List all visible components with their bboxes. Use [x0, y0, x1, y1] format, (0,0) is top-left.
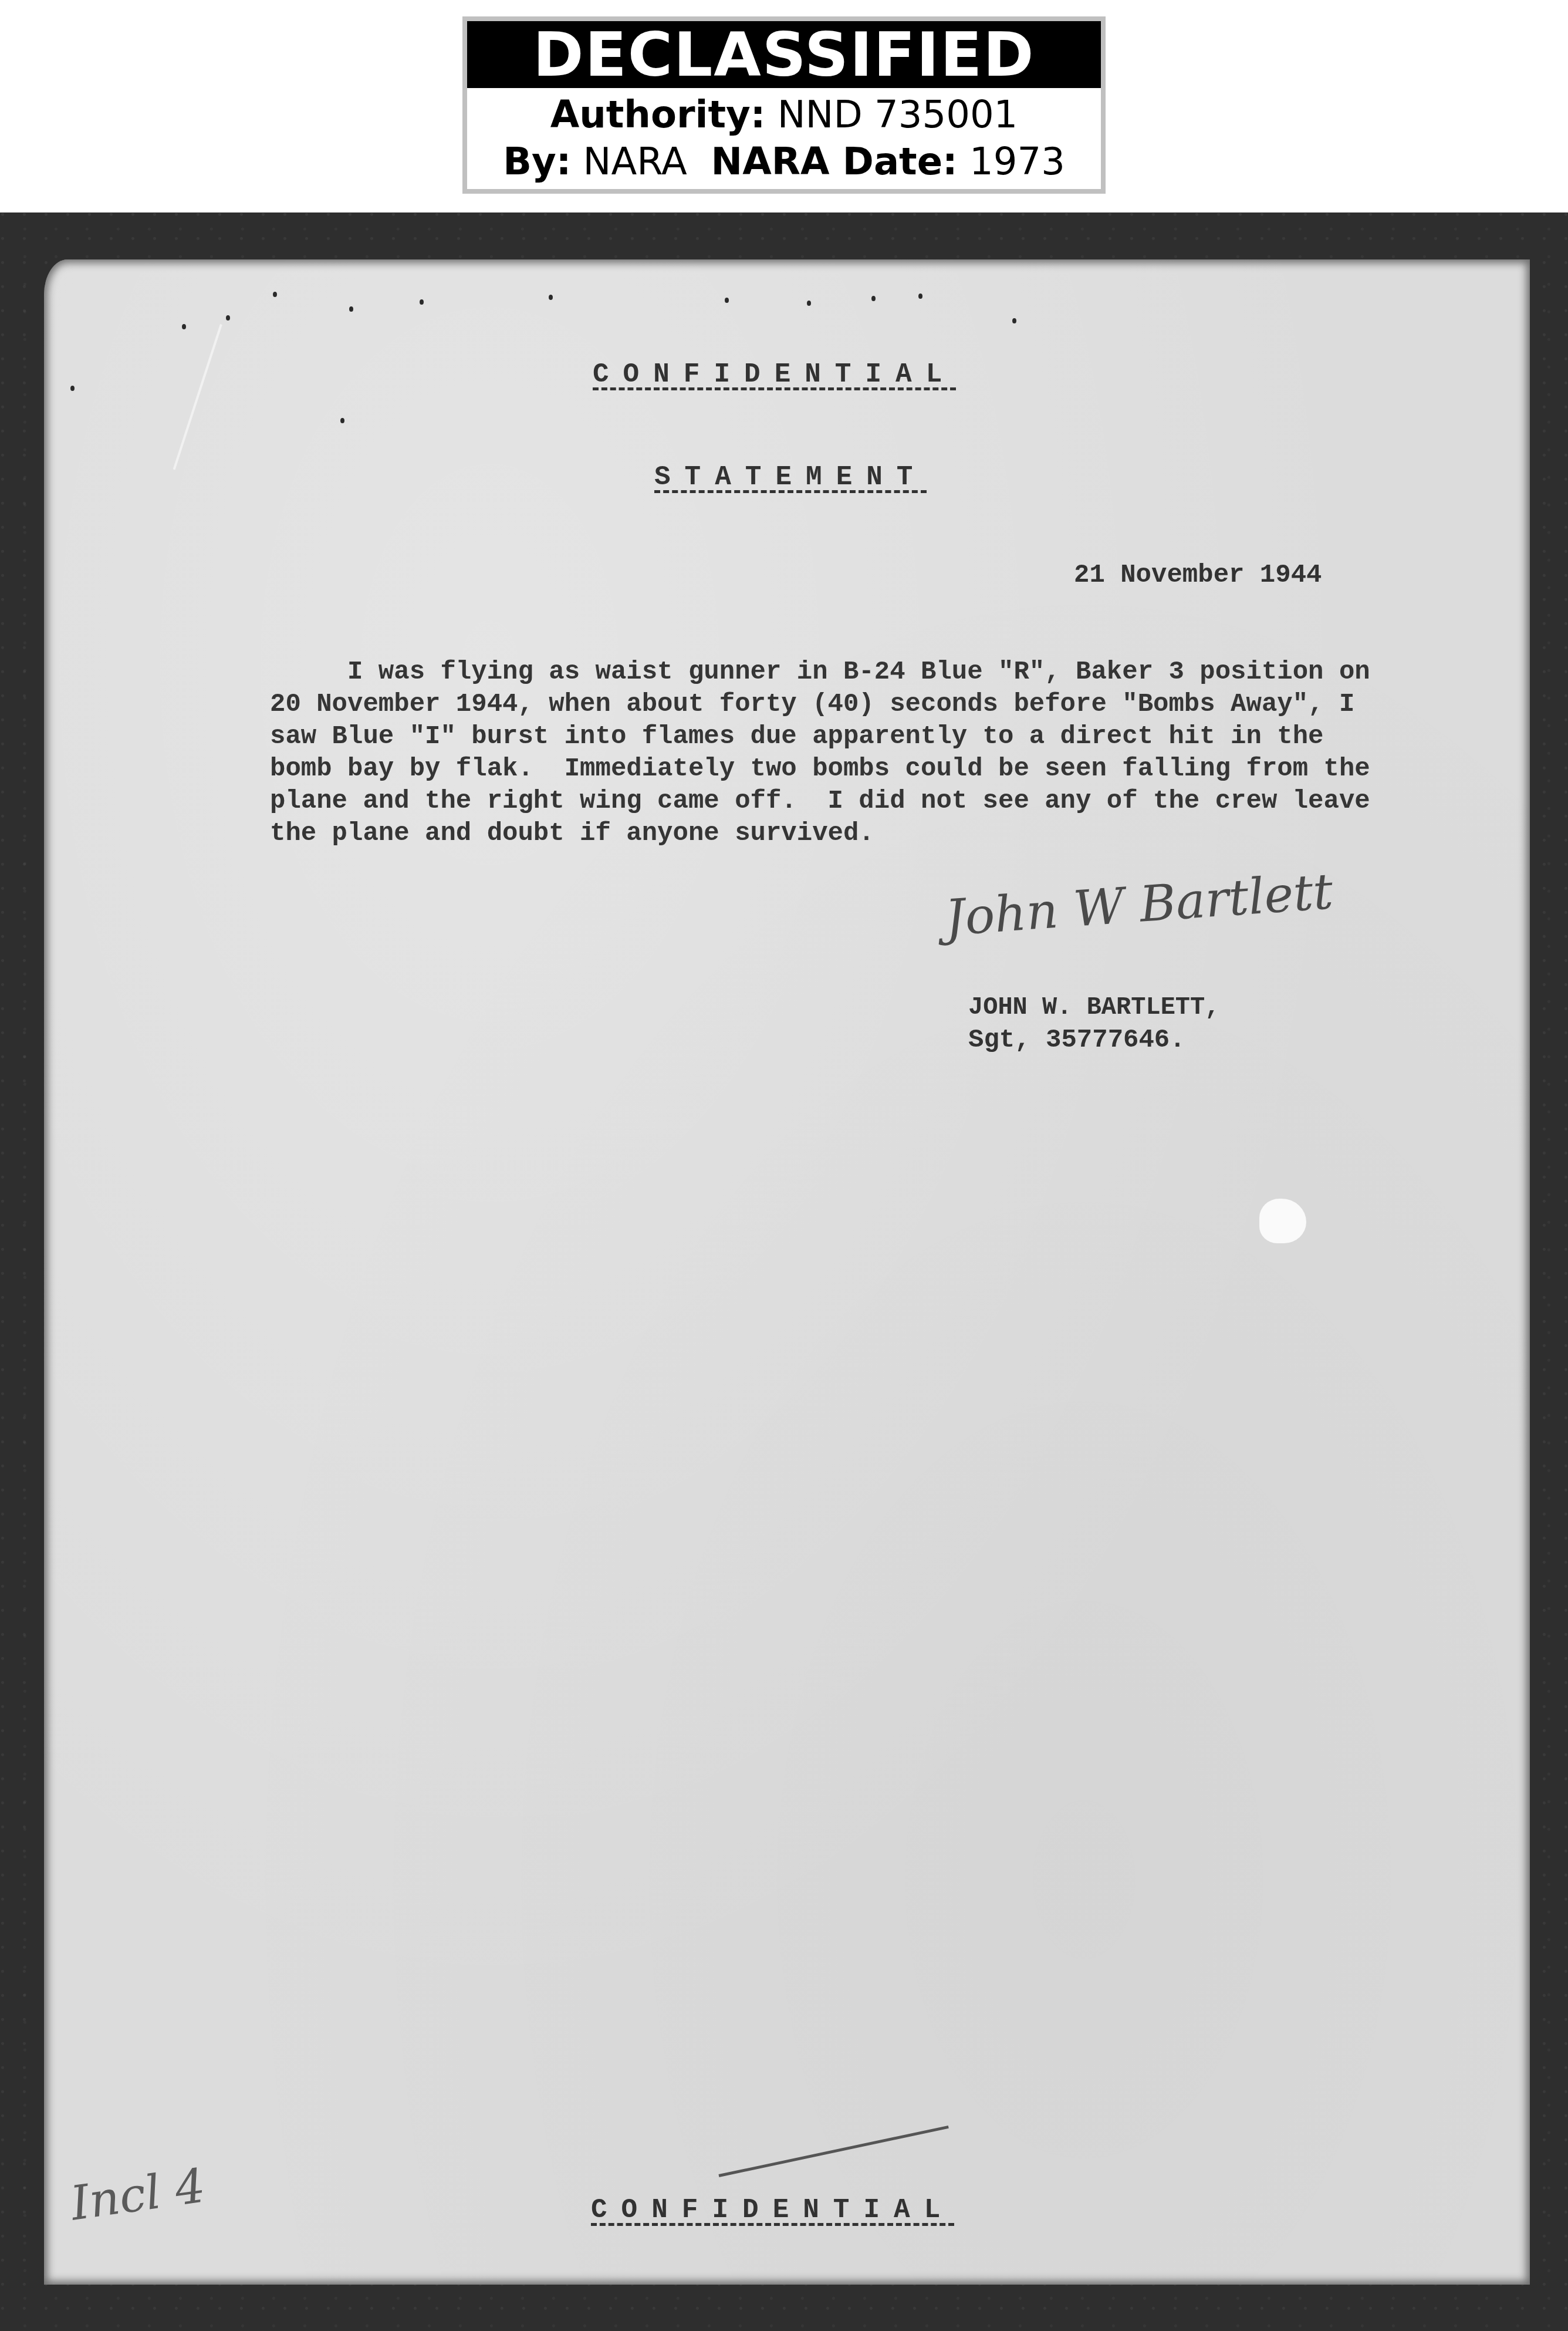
paper-blemish — [1259, 1199, 1306, 1243]
authority-value: NND 735001 — [778, 93, 1018, 137]
ink-speck — [226, 315, 230, 321]
authority-label: Authority: — [550, 93, 766, 137]
signer-name: JOHN W. BARTLETT, — [968, 993, 1219, 1021]
handwritten-signature: John W Bartlett — [943, 862, 1334, 947]
ink-speck — [725, 298, 729, 303]
film-frame: CONFIDENTIAL STATEMENT 21 November 1944 … — [0, 212, 1568, 2331]
ink-speck — [182, 324, 186, 329]
statement-body: I was flying as waist gunner in B-24 Blu… — [270, 656, 1370, 850]
nara-date-value: 1973 — [969, 140, 1065, 184]
body-line: saw Blue "I" burst into flames due appar… — [270, 721, 1370, 753]
paper-fold-crease — [173, 324, 222, 470]
ink-speck — [1012, 318, 1016, 323]
ink-speck — [420, 299, 424, 305]
body-line: bomb bay by flak. Immediately two bombs … — [270, 753, 1370, 785]
document-page: CONFIDENTIAL STATEMENT 21 November 1944 … — [44, 259, 1530, 2285]
body-line: I was flying as waist gunner in B-24 Blu… — [270, 656, 1370, 689]
ink-speck — [871, 296, 876, 301]
ink-speck — [918, 294, 922, 299]
classification-marking-top: CONFIDENTIAL — [593, 359, 956, 390]
document-date: 21 November 1944 — [1074, 561, 1322, 590]
classification-marking-bottom: CONFIDENTIAL — [591, 2195, 954, 2225]
handwritten-enclosure-note: Incl 4 — [67, 2158, 209, 2231]
nara-date-label: NARA Date: — [711, 140, 958, 184]
ink-speck — [273, 292, 277, 297]
document-title: STATEMENT — [654, 462, 927, 492]
stamp-heading: DECLASSIFIED — [467, 21, 1101, 88]
ink-speck — [70, 386, 75, 391]
signer-rank-serial: Sgt, 35777646. — [968, 1025, 1185, 1055]
ink-speck — [349, 306, 353, 312]
ink-speck — [807, 301, 811, 306]
declassification-stamp: DECLASSIFIED Authority: NND 735001 By: N… — [462, 16, 1106, 194]
by-value: NARA — [583, 140, 687, 184]
body-line: plane and the right wing came off. I did… — [270, 785, 1370, 818]
ink-speck — [549, 295, 553, 300]
stamp-by-line: By: NARA NARA Date: 1973 — [467, 139, 1101, 185]
strikethrough-mark — [718, 2126, 948, 2177]
body-line: 20 November 1944, when about forty (40) … — [270, 689, 1370, 721]
stamp-authority-line: Authority: NND 735001 — [467, 92, 1101, 139]
ink-speck — [340, 418, 344, 423]
by-label: By: — [503, 140, 571, 184]
body-line: the plane and doubt if anyone survived. — [270, 818, 1370, 850]
